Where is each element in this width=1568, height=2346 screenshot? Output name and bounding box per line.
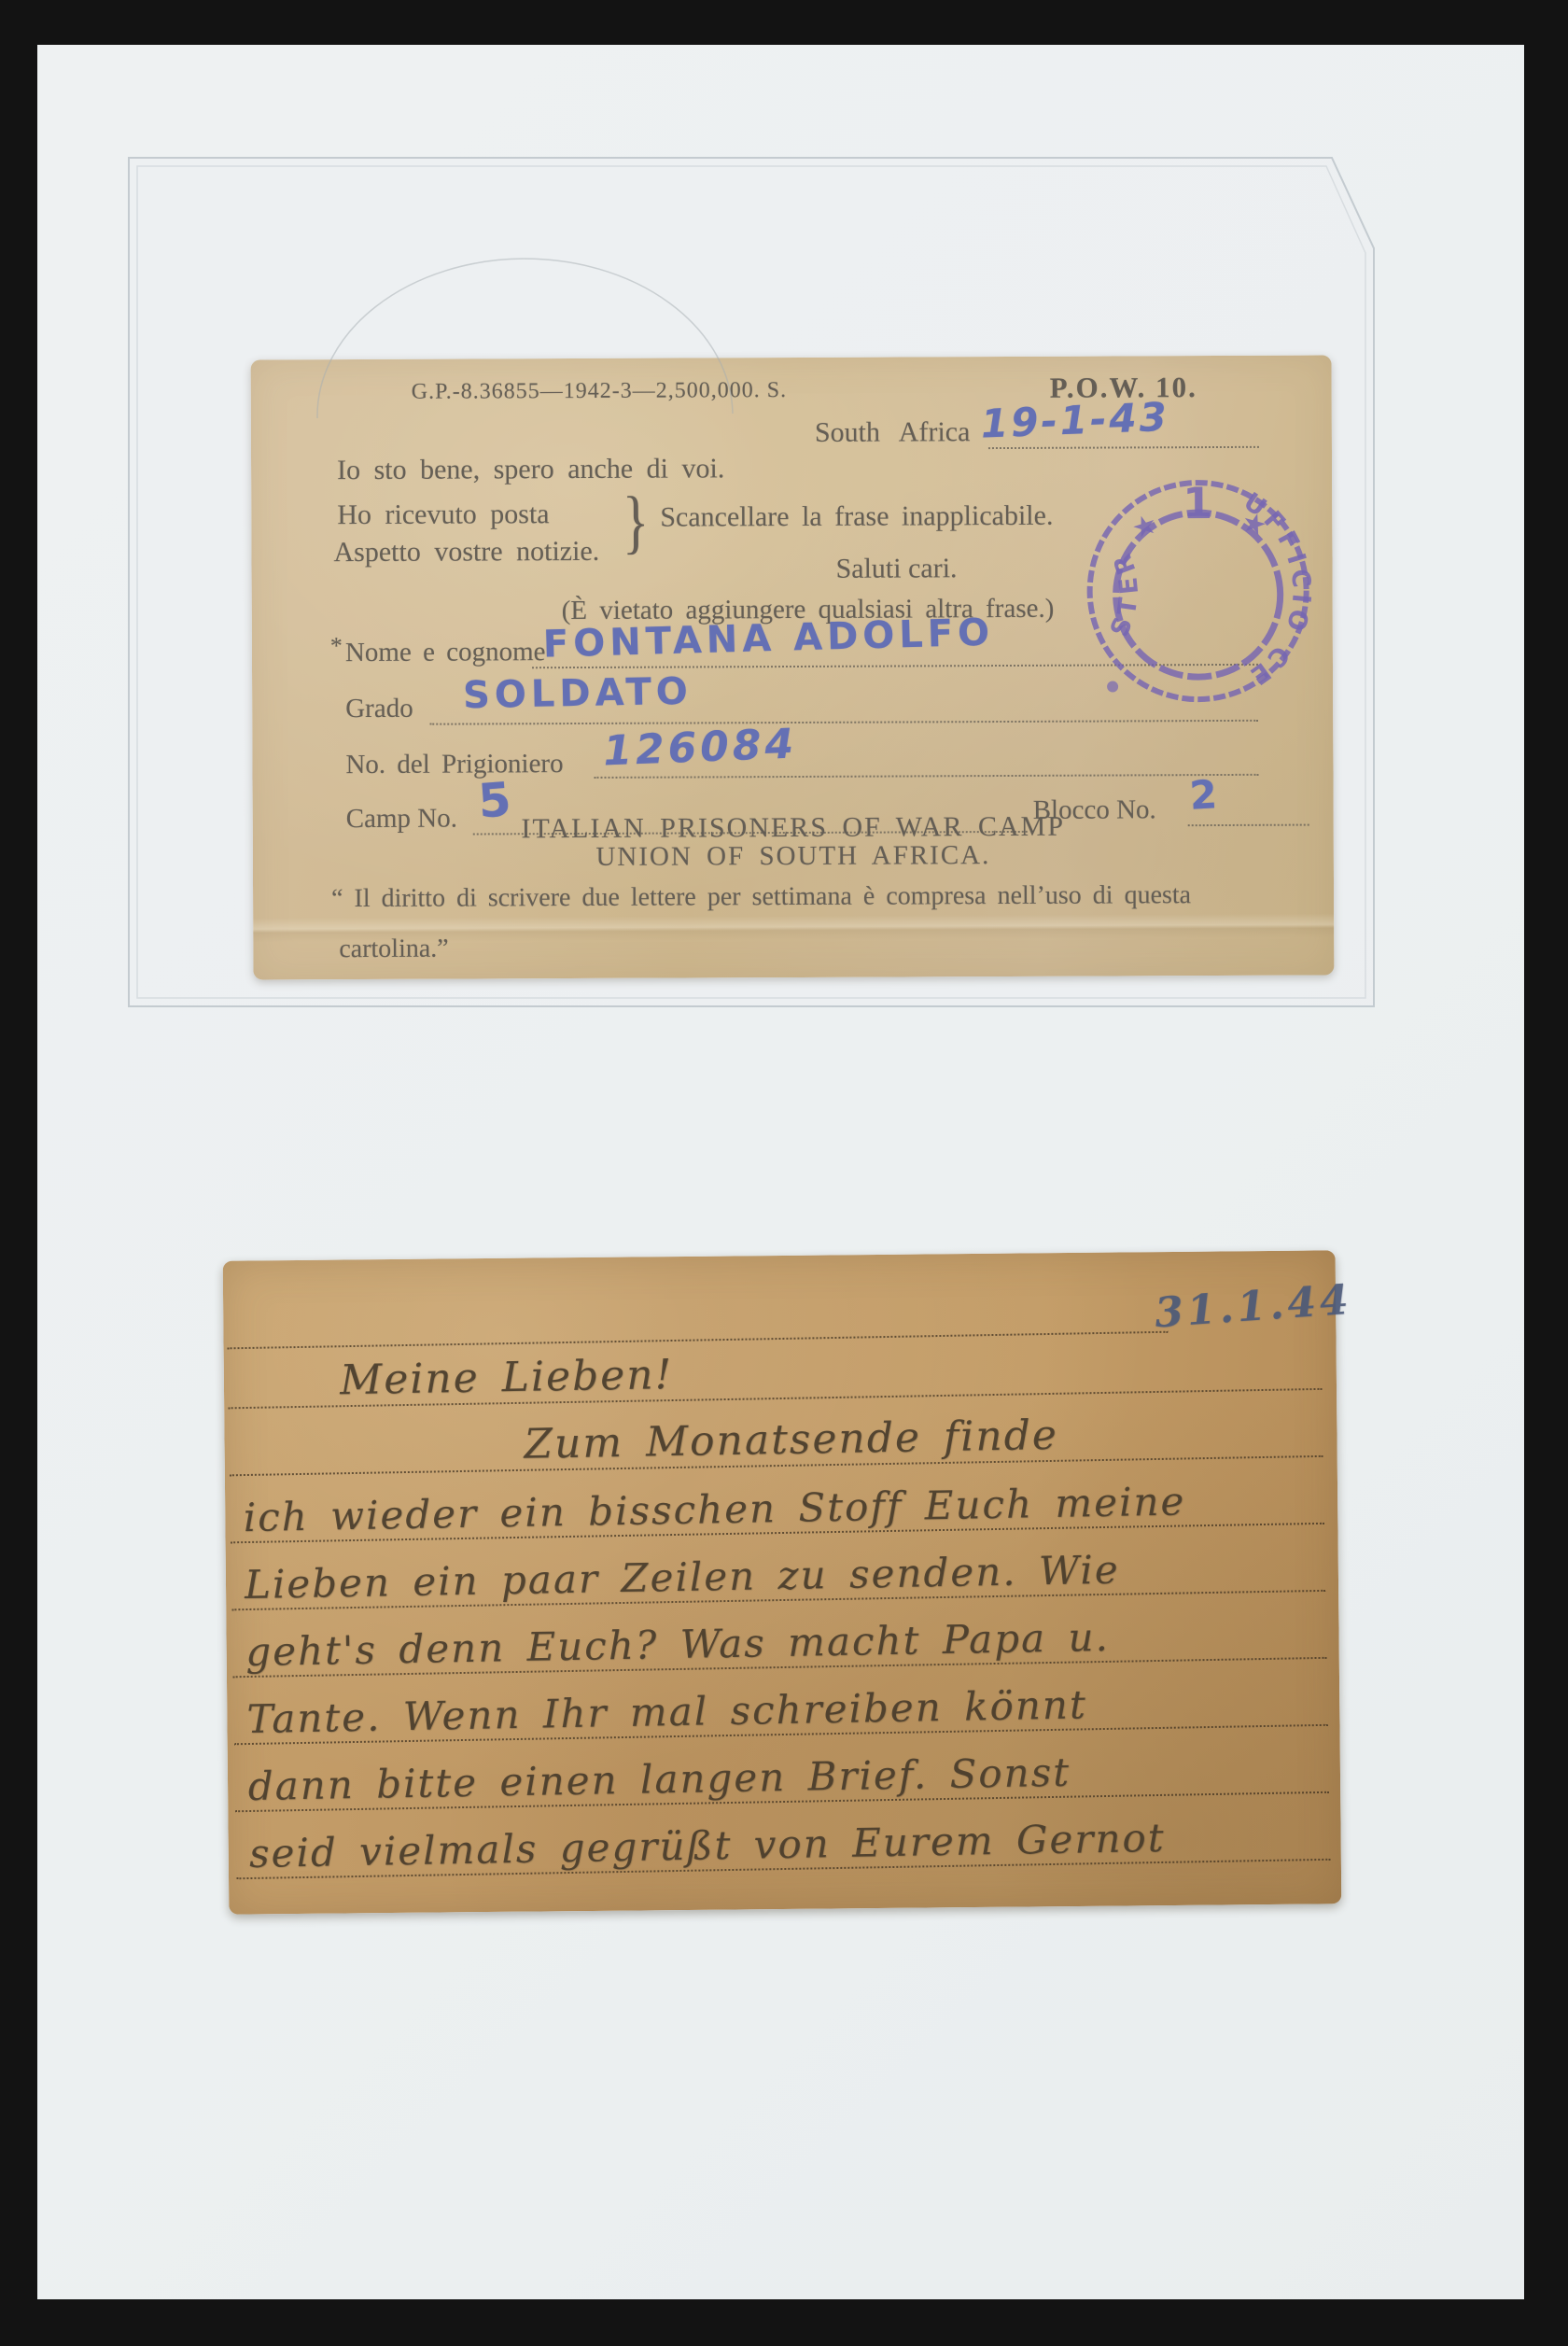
letter-line-2: Zum Monatsende finde [524, 1412, 1058, 1468]
letter-line-1: Meine Lieben! [340, 1351, 674, 1404]
card2-content: 31.1.44 Meine Lieben! Zum Monatsende fin… [220, 1246, 1344, 1919]
sleeve-outer-edge [129, 158, 1374, 1006]
letter-line-8: seid vielmals gegrüßt von Eurem Gernot [249, 1815, 1166, 1876]
album-scan: G.P.-8.36855—1942-3—2,500,000. S. P.O.W.… [0, 0, 1568, 2346]
album-page: G.P.-8.36855—1942-3—2,500,000. S. P.O.W.… [37, 45, 1524, 2299]
letter-line-4: Lieben ein paar Zeilen zu senden. Wie [245, 1547, 1120, 1608]
letter-line-3: ich wieder ein bisschen Stoff Euch meine [243, 1478, 1185, 1540]
plastic-sleeve [126, 155, 1381, 1012]
ruled-line [228, 1331, 1169, 1350]
letter-line-5: geht's denn Euch? Was macht Papa u. [245, 1614, 1110, 1675]
handwritten-postcard: 31.1.44 Meine Lieben! Zum Monatsende fin… [223, 1250, 1342, 1914]
letter-line-6: Tante. Wenn Ihr mal schreiben könnt [246, 1681, 1087, 1742]
letter-line-7: dann bitte einen langen Brief. Sonst [247, 1749, 1071, 1809]
letter-date: 31.1.44 [1153, 1276, 1353, 1338]
